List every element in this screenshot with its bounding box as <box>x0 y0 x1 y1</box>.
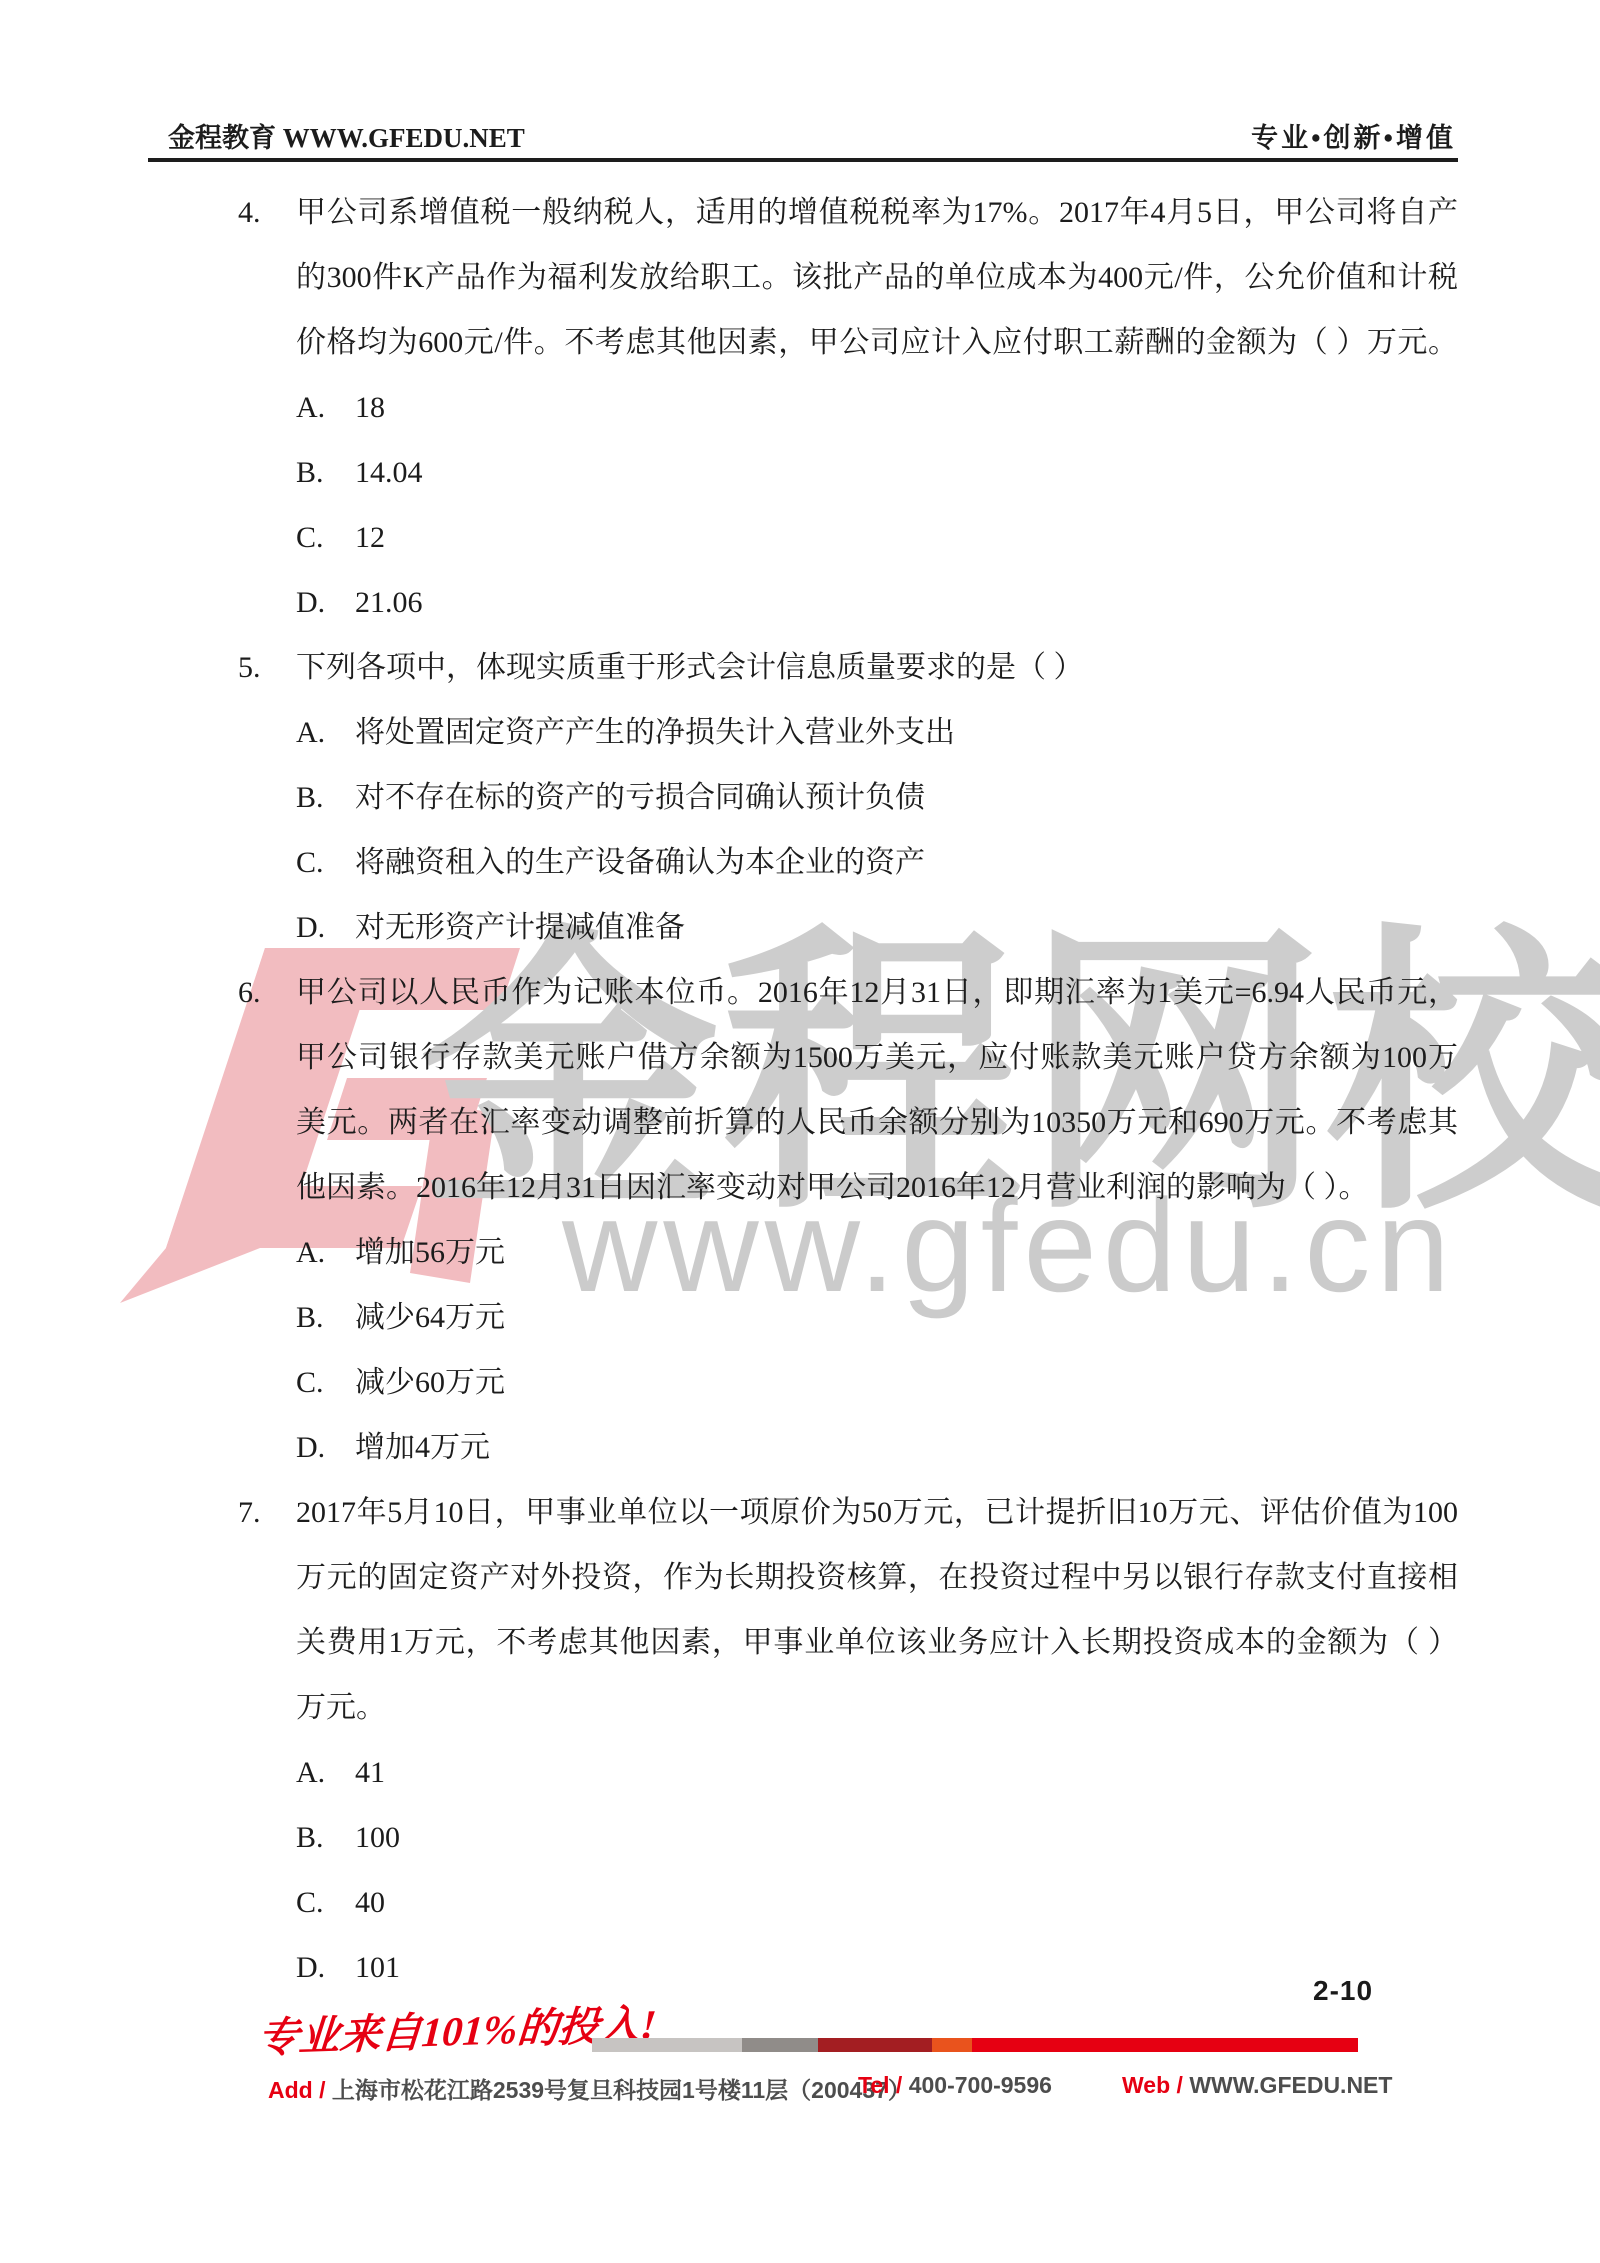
option-letter: D. <box>296 1415 355 1480</box>
question-line: 价格均为600元/件。不考虑其他因素，甲公司应计入应付职工薪酬的金额为（ ）万元… <box>296 310 1458 375</box>
question-line: 他因素。2016年12月31日因汇率变动对甲公司2016年12月营业利润的影响为… <box>296 1155 1458 1220</box>
address-label: Add / <box>268 2077 326 2103</box>
option-letter: C. <box>296 830 355 895</box>
option-row: C.将融资租入的生产设备确认为本企业的资产 <box>296 830 1458 895</box>
option-text: 101 <box>355 1951 400 1984</box>
option-text: 将融资租入的生产设备确认为本企业的资产 <box>355 846 925 879</box>
option-row: A.18 <box>296 375 1458 440</box>
telephone-value: 400-700-9596 <box>909 2072 1052 2098</box>
question-text: 2017年5月10日，甲事业单位以一项原价为50万元，已计提折旧10万元、评估价… <box>296 1496 1458 1529</box>
page-number: 2-10 <box>1313 1975 1373 2007</box>
option-row: B.14.04 <box>296 440 1458 505</box>
option-row: C.40 <box>296 1870 1458 1935</box>
option-row: D.对无形资产计提减值准备 <box>296 895 1458 960</box>
option-row: A.41 <box>296 1740 1458 1805</box>
telephone-label: Tel / <box>858 2072 902 2098</box>
option-row: B.100 <box>296 1805 1458 1870</box>
option-row: A.将处置固定资产产生的净损失计入营业外支出 <box>296 700 1458 765</box>
option-row: A.增加56万元 <box>296 1220 1458 1285</box>
question-line: 6.甲公司以人民币作为记账本位币。2016年12月31日，即期汇率为1美元=6.… <box>296 960 1458 1025</box>
option-row: D.增加4万元 <box>296 1415 1458 1480</box>
option-letter: A. <box>296 1220 355 1285</box>
footer-slogan: 专业来自101%的投入! <box>256 1991 659 2064</box>
option-letter: C. <box>296 505 355 570</box>
footer-address: Add / 上海市松花江路2539号复旦科技园1号楼11层（200437） <box>268 2072 911 2105</box>
question-text: 下列各项中，体现实质重于形式会计信息质量要求的是（ ） <box>296 651 1084 684</box>
footer-bar-segment <box>972 2038 1358 2052</box>
footer-bar-segment <box>592 2038 742 2052</box>
option-text: 14.04 <box>355 456 423 489</box>
option-text: 增加4万元 <box>355 1431 490 1464</box>
question-line: 甲公司银行存款美元账户借方余额为1500万美元，应付账款美元账户贷方余额为100… <box>296 1025 1458 1090</box>
question-text: 甲公司系增值税一般纳税人，适用的增值税税率为17%。2017年4月5日，甲公司将… <box>296 196 1458 229</box>
option-letter: B. <box>296 1805 355 1870</box>
option-text: 增加56万元 <box>355 1236 505 1269</box>
question-text: 价格均为600元/件。不考虑其他因素，甲公司应计入应付职工薪酬的金额为（ ）万元… <box>296 326 1458 359</box>
option-row: C.减少60万元 <box>296 1350 1458 1415</box>
option-row: C.12 <box>296 505 1458 570</box>
option-text: 21.06 <box>355 586 423 619</box>
website-label: Web / <box>1122 2072 1183 2098</box>
option-text: 减少64万元 <box>355 1301 505 1334</box>
question-line: 5.下列各项中，体现实质重于形式会计信息质量要求的是（ ） <box>296 635 1458 700</box>
address-value: 上海市松花江路2539号复旦科技园1号楼11层（200437） <box>332 2077 911 2103</box>
question-line: 4.甲公司系增值税一般纳税人，适用的增值税税率为17%。2017年4月5日，甲公… <box>296 180 1458 245</box>
option-text: 12 <box>355 521 385 554</box>
question-text: 他因素。2016年12月31日因汇率变动对甲公司2016年12月营业利润的影响为… <box>296 1171 1369 1204</box>
footer-website: Web / WWW.GFEDU.NET <box>1122 2072 1392 2099</box>
question-text: 万元。 <box>296 1691 386 1724</box>
option-text: 18 <box>355 391 385 424</box>
question-line: 关费用1万元，不考虑其他因素，甲事业单位该业务应计入长期投资成本的金额为（ ） <box>296 1610 1458 1675</box>
question-line: 美元。两者在汇率变动调整前折算的人民币余额分别为10350万元和690万元。不考… <box>296 1090 1458 1155</box>
option-letter: B. <box>296 765 355 830</box>
option-letter: A. <box>296 1740 355 1805</box>
footer-telephone: Tel / 400-700-9596 <box>858 2072 1052 2099</box>
exam-document-page: 金程教育 WWW.GFEDU.NET 专业•创新•增值 金程网校 www.gfe… <box>0 0 1600 2263</box>
option-letter: D. <box>296 570 355 635</box>
question-line: 万元。 <box>296 1675 1458 1740</box>
question-number: 5. <box>238 635 296 700</box>
website-value: WWW.GFEDU.NET <box>1189 2072 1392 2098</box>
option-letter: B. <box>296 1285 355 1350</box>
option-text: 100 <box>355 1821 400 1854</box>
option-text: 对无形资产计提减值准备 <box>355 911 685 944</box>
option-row: D.101 <box>296 1935 1458 2000</box>
question-number: 7. <box>238 1480 296 1545</box>
option-letter: C. <box>296 1870 355 1935</box>
footer-bar-segment <box>818 2038 932 2052</box>
option-letter: D. <box>296 895 355 960</box>
option-row: B.减少64万元 <box>296 1285 1458 1350</box>
question-text: 关费用1万元，不考虑其他因素，甲事业单位该业务应计入长期投资成本的金额为（ ） <box>296 1626 1458 1659</box>
option-row: D.21.06 <box>296 570 1458 635</box>
question-line: 7.2017年5月10日，甲事业单位以一项原价为50万元，已计提折旧10万元、评… <box>296 1480 1458 1545</box>
option-row: B.对不存在标的资产的亏损合同确认预计负债 <box>296 765 1458 830</box>
option-text: 40 <box>355 1886 385 1919</box>
footer-bar-segment <box>932 2038 972 2052</box>
question-number: 4. <box>238 180 296 245</box>
footer-bar-segment <box>742 2038 818 2052</box>
question-text: 美元。两者在汇率变动调整前折算的人民币余额分别为10350万元和690万元。不考… <box>296 1106 1458 1139</box>
option-letter: C. <box>296 1350 355 1415</box>
option-letter: B. <box>296 440 355 505</box>
question-text: 甲公司以人民币作为记账本位币。2016年12月31日，即期汇率为1美元=6.94… <box>296 976 1458 1009</box>
header-motto: 专业•创新•增值 <box>1251 116 1456 155</box>
question-text: 万元的固定资产对外投资，作为长期投资核算，在投资过程中另以银行存款支付直接相 <box>296 1561 1458 1594</box>
option-text: 41 <box>355 1756 385 1789</box>
question-text: 的300件K产品作为福利发放给职工。该批产品的单位成本为400元/件，公允价值和… <box>296 261 1458 294</box>
option-text: 对不存在标的资产的亏损合同确认预计负债 <box>355 781 925 814</box>
header-brand: 金程教育 WWW.GFEDU.NET <box>168 116 525 155</box>
option-letter: A. <box>296 700 355 765</box>
option-letter: D. <box>296 1935 355 2000</box>
question-text: 甲公司银行存款美元账户借方余额为1500万美元，应付账款美元账户贷方余额为100… <box>296 1041 1458 1074</box>
question-number: 6. <box>238 960 296 1025</box>
option-letter: A. <box>296 375 355 440</box>
option-text: 减少60万元 <box>355 1366 505 1399</box>
question-line: 的300件K产品作为福利发放给职工。该批产品的单位成本为400元/件，公允价值和… <box>296 245 1458 310</box>
option-text: 将处置固定资产产生的净损失计入营业外支出 <box>355 716 955 749</box>
question-line: 万元的固定资产对外投资，作为长期投资核算，在投资过程中另以银行存款支付直接相 <box>296 1545 1458 1610</box>
header-rule <box>148 158 1458 162</box>
